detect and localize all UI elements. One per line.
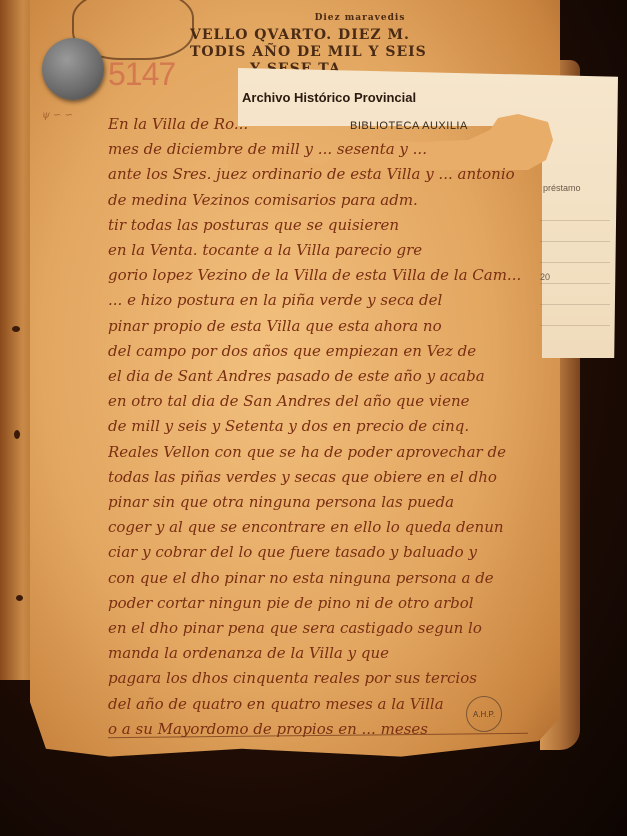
archive-stamp: A.H.P. bbox=[466, 696, 502, 732]
printed-header-small: Diez maravedis bbox=[190, 10, 530, 27]
manuscript-line: el dia de Sant Andres pasado de este año… bbox=[108, 364, 538, 389]
manuscript-line: en otro tal dia de San Andres del año qu… bbox=[108, 389, 538, 414]
coin-icon bbox=[42, 38, 104, 100]
manuscript-line: gorio lopez Vezino de la Villa de esta V… bbox=[108, 263, 538, 288]
manuscript-line: tir todas las posturas que se quisieren bbox=[108, 213, 538, 238]
manuscript-line: pagara los dhos cinquenta reales por sus… bbox=[108, 666, 538, 691]
manuscript-line: poder cortar ningun pie de pino ni de ot… bbox=[108, 591, 538, 616]
slip-lines bbox=[540, 200, 610, 340]
manuscript-line: todas las piñas verdes y secas que obier… bbox=[108, 465, 538, 490]
manuscript-line: ante los Sres. juez ordinario de esta Vi… bbox=[108, 162, 538, 187]
printed-header-line-2: TODIS AÑO DE MIL Y SEIS bbox=[190, 44, 530, 61]
manuscript-line: mes de diciembre de mill y ... sesenta y… bbox=[108, 137, 538, 162]
printed-header-line-1: VELLO QVARTO. DIEZ M. bbox=[190, 27, 530, 44]
manuscript-line: en el dho pinar pena que sera castigado … bbox=[108, 616, 538, 641]
ink-spot bbox=[14, 430, 20, 439]
manuscript-text: En la Villa de Ro... mes de diciembre de… bbox=[108, 112, 538, 742]
manuscript-line: pinar propio de esta Villa que esta ahor… bbox=[108, 314, 538, 339]
printed-header: Diez maravedis VELLO QVARTO. DIEZ M. TOD… bbox=[190, 10, 530, 78]
manuscript-line: de mill y seis y Setenta y dos en precio… bbox=[108, 414, 538, 439]
manuscript-line: con que el dho pinar no esta ninguna per… bbox=[108, 566, 538, 591]
ink-spot bbox=[16, 595, 23, 601]
manuscript-line: En la Villa de Ro... bbox=[108, 112, 538, 137]
manuscript-line: pinar sin que otra ninguna persona las p… bbox=[108, 490, 538, 515]
manuscript-line: en la Venta. tocante a la Villa parecio … bbox=[108, 238, 538, 263]
ink-spot bbox=[12, 326, 20, 332]
manuscript-line: ciar y cobrar del lo que fuere tasado y … bbox=[108, 540, 538, 565]
slip-year-prefix: 20 bbox=[540, 272, 550, 282]
slip-loan-label: préstamo bbox=[543, 183, 581, 193]
manuscript-line: manda la ordenanza de la Villa y que bbox=[108, 641, 538, 666]
manuscript-line: coger y al que se encontrare en ello lo … bbox=[108, 515, 538, 540]
margin-notes: ψ ∽ ∽ bbox=[42, 110, 73, 121]
manuscript-line: Reales Vellon con que se ha de poder apr… bbox=[108, 440, 538, 465]
manuscript-line: ... e hizo postura en la piña verde y se… bbox=[108, 288, 538, 313]
manuscript-line: de medina Vezinos comisarios para adm. bbox=[108, 188, 538, 213]
catalog-number: 5147 bbox=[108, 56, 175, 93]
manuscript-line: del campo por dos años que empiezan en V… bbox=[108, 339, 538, 364]
